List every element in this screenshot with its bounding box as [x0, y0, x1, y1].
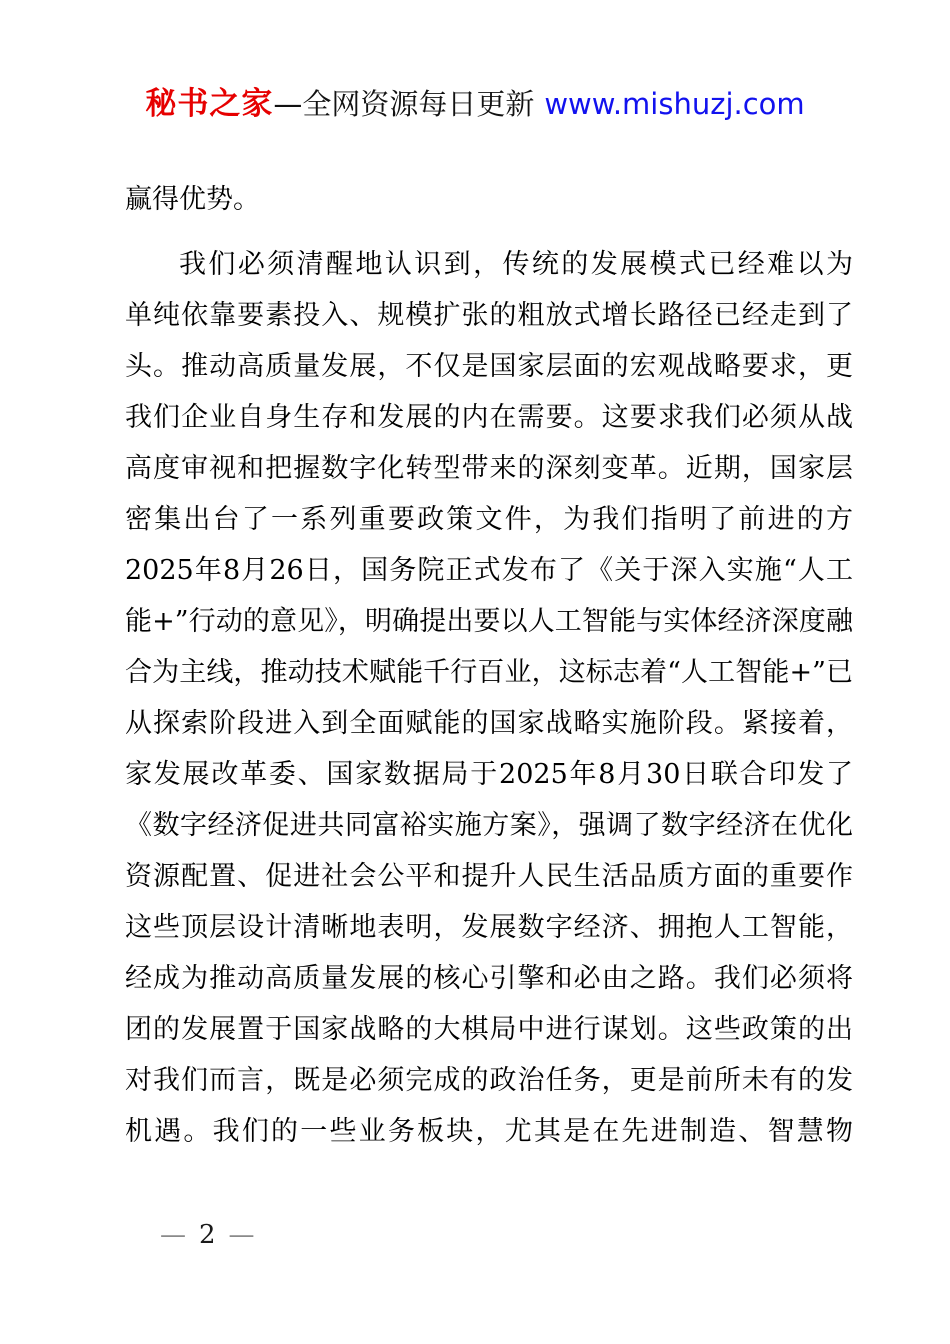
paragraph-1: 赢得优势。 [125, 174, 853, 225]
site-header: 秘书之家—全网资源每日更新www.mishuzj.com [0, 87, 950, 121]
text-line: 赢得优势。 [125, 174, 853, 225]
text-line: 能+”行动的意见》，明确提出要以人工智能与实体经济深度融 [125, 596, 853, 647]
page-number-value: 2 [186, 1220, 229, 1250]
site-url-link[interactable]: www.mishuzj.com [544, 87, 804, 121]
body-text: 赢得优势。 我们必须清醒地认识到，传统的发展模式已经难以为继， 单纯依靠要素投入… [125, 174, 853, 1157]
text-line: 从探索阶段进入到全面赋能的国家战略实施阶段。紧接着，国 [125, 698, 853, 749]
text-line: 合为主线，推动技术赋能千行百业，这标志着“人工智能+”已 [125, 647, 853, 698]
text-line: 经成为推动高质量发展的核心引擎和必由之路。我们必须将集 [125, 953, 853, 1004]
text-line: 单纯依靠要素投入、规模扩张的粗放式增长路径已经走到了尽 [125, 290, 853, 341]
text-line: 团的发展置于国家战略的大棋局中进行谋划。这些政策的出台， [125, 1004, 853, 1055]
page-number-left-dash: — [160, 1220, 186, 1250]
text-line: 对我们而言，既是必须完成的政治任务，更是前所未有的发展 [125, 1055, 853, 1106]
page-number: —2— [160, 1218, 255, 1252]
text-line: 资源配置、促进社会公平和提升人民生活品质方面的重要作用。 [125, 851, 853, 902]
text-line: 2025年8月26日，国务院正式发布了《关于深入实施“人工智 [125, 545, 853, 596]
site-brand: 秘书之家 [145, 86, 273, 122]
text-line: 这些顶层设计清晰地表明，发展数字经济、拥抱人工智能，已 [125, 902, 853, 953]
document-page: 秘书之家—全网资源每日更新www.mishuzj.com 赢得优势。 我们必须清… [0, 0, 950, 1344]
paragraph-2: 我们必须清醒地认识到，传统的发展模式已经难以为继， 单纯依靠要素投入、规模扩张的… [125, 239, 853, 1157]
text-line: 密集出台了一系列重要政策文件，为我们指明了前进的方向。 [125, 494, 853, 545]
text-line: 高度审视和把握数字化转型带来的深刻变革。近期，国家层面 [125, 443, 853, 494]
text-line: 我们必须清醒地认识到，传统的发展模式已经难以为继， [125, 239, 853, 290]
text-line: 《数字经济促进共同富裕实施方案》，强调了数字经济在优化 [125, 800, 853, 851]
text-line: 机遇。我们的一些业务板块，尤其是在先进制造、智慧物流、 [125, 1106, 853, 1157]
text-line: 我们企业自身生存和发展的内在需要。这要求我们必须从战略 [125, 392, 853, 443]
text-line: 头。推动高质量发展，不仅是国家层面的宏观战略要求，更是 [125, 341, 853, 392]
site-tagline: —全网资源每日更新 [273, 87, 534, 121]
text-line: 家发展改革委、国家数据局于2025年8月30日联合印发了 [125, 749, 853, 800]
page-number-right-dash: — [229, 1220, 255, 1250]
